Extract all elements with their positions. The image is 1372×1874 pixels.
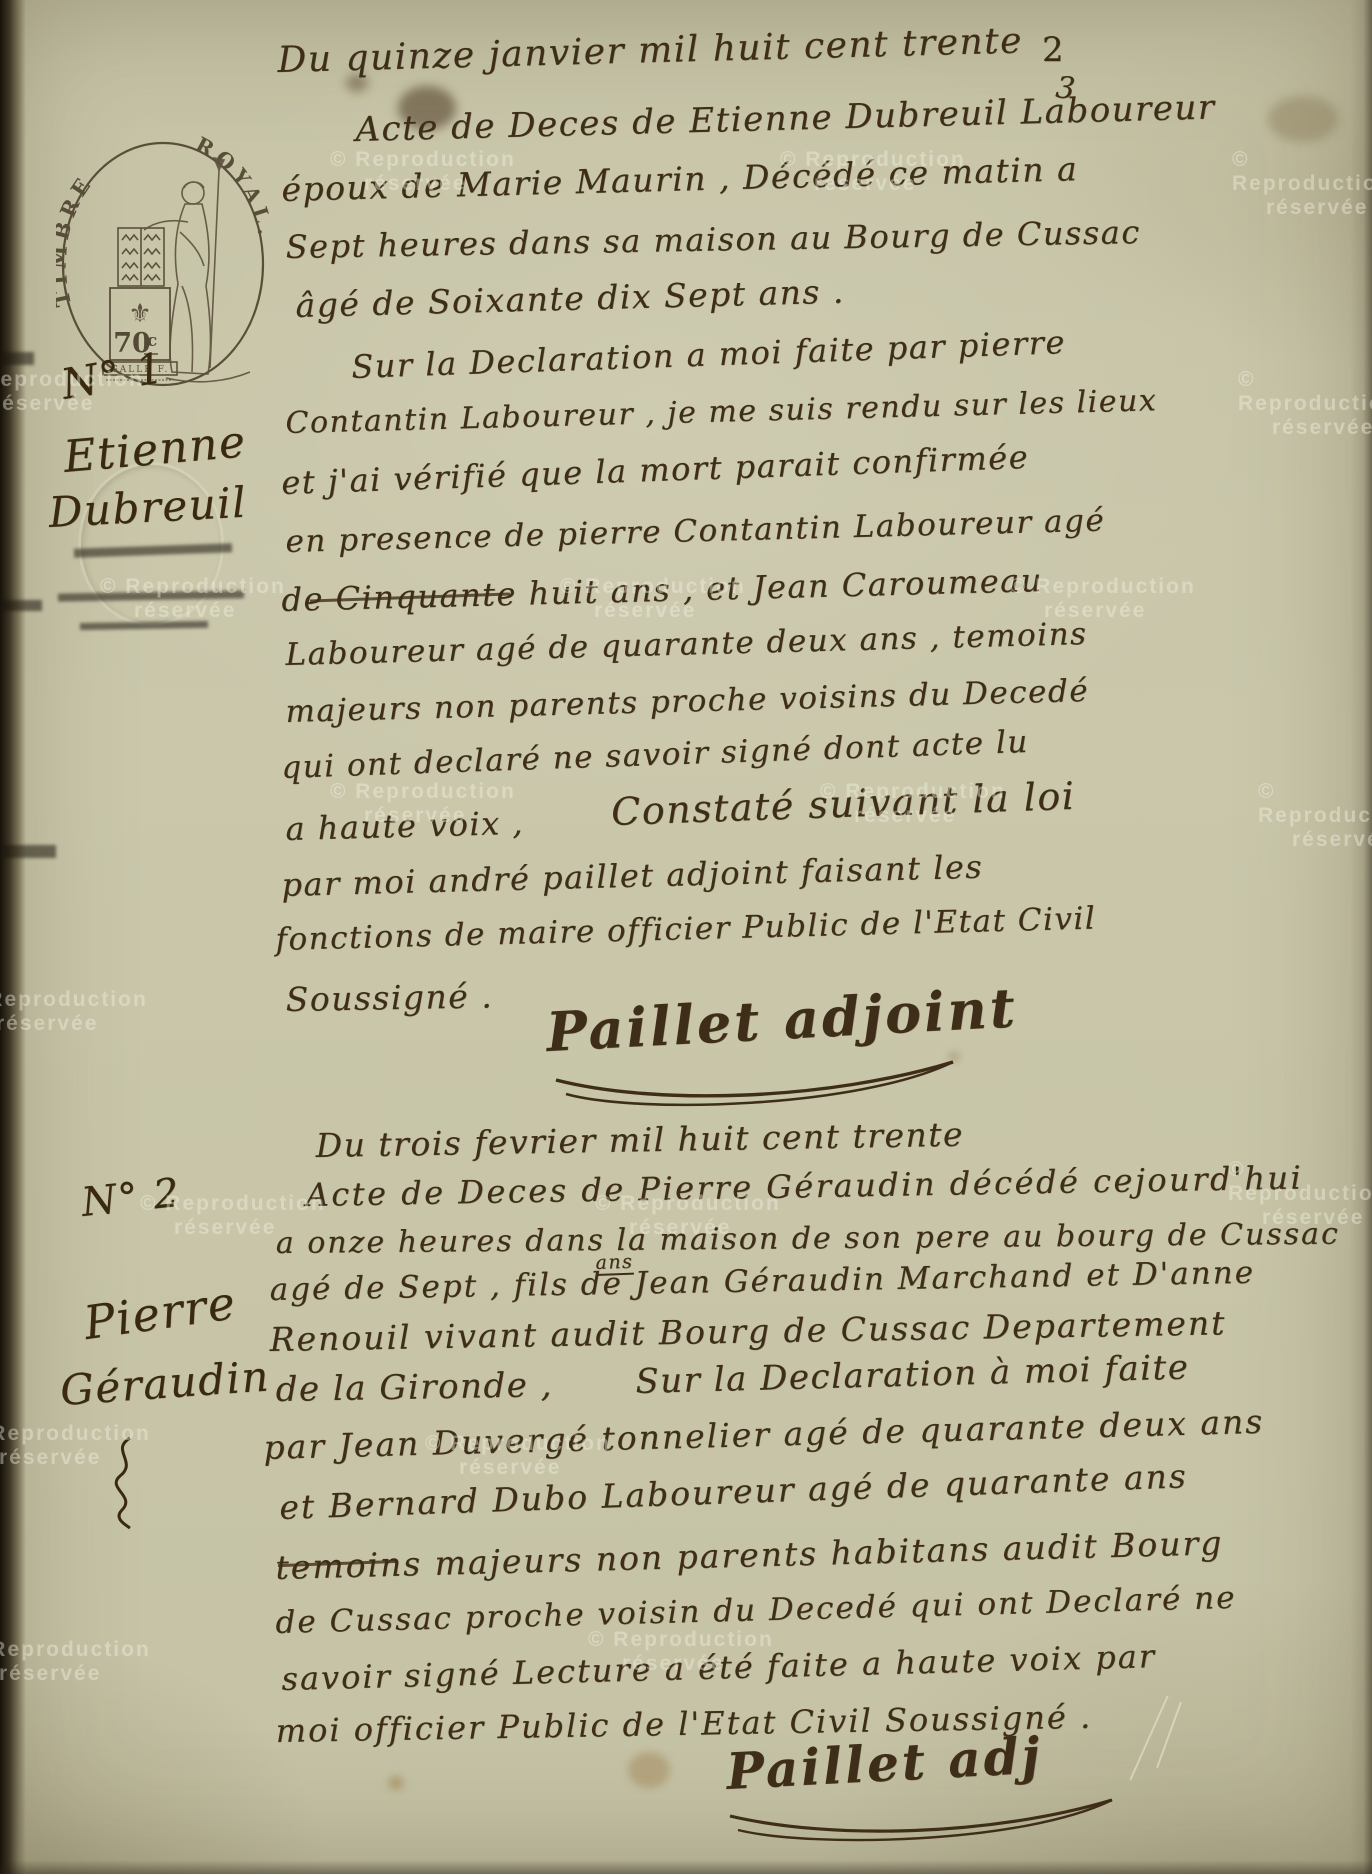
record1-line: Contantin Laboureur , je me suis rendu s…: [285, 383, 1158, 441]
page-number: 2: [1042, 30, 1065, 70]
stamp-left-label: TIMBRE: [56, 170, 98, 309]
record2-line: Du trois fevrier mil huit cent trente: [315, 1115, 964, 1165]
bleedthrough-streak: [58, 590, 244, 601]
signature-flourish: [548, 1056, 968, 1116]
record2-line: et Bernard Dubo Laboureur agé de quarant…: [279, 1456, 1189, 1527]
paper-stain: [388, 1776, 404, 1790]
page-edge-bottom: [0, 1860, 1372, 1874]
record1-line: majeurs non parents proche voisins du De…: [285, 673, 1089, 730]
record1-line: époux de Marie Maurin , Décédé ce matin …: [281, 149, 1079, 209]
page-edge-right: [1350, 0, 1372, 1874]
scanned-register-page: TIMBRE ROYAL.: [0, 0, 1372, 1874]
margin-flourish-mark: [100, 1432, 150, 1532]
record2-line: par Jean Duvergé tonnelier agé de quaran…: [263, 1402, 1265, 1467]
record1-line: Acte de Deces de Etienne Dubreuil Labour…: [355, 87, 1216, 150]
paper-stain: [628, 1752, 670, 1788]
ink-smudge: [1268, 96, 1338, 142]
record1-line: fonctions de maire officier Public de l'…: [275, 901, 1097, 958]
edge-ink-mark: [0, 352, 34, 365]
stamp-tablet: [118, 228, 164, 286]
record2-line: a onze heures dans la maison de son pere…: [276, 1217, 1340, 1261]
record1-line: de Cinquante huit ans , et Jean Caroumea…: [281, 561, 1043, 619]
record1-line: Constaté suivant la loi: [610, 774, 1076, 834]
record1-line: Sept heures dans sa maison au Bourg de C…: [285, 213, 1141, 266]
record1-line: et j'ai vérifié que la mort parait confi…: [281, 438, 1030, 502]
record1-line: en presence de pierre Contantin Laboureu…: [285, 503, 1106, 560]
edge-ink-mark: [0, 845, 56, 858]
record1-line: Laboureur agé de quarante deux ans , tem…: [285, 616, 1088, 673]
svg-text:TIMBRE: TIMBRE: [56, 170, 98, 309]
record2-line: de Cussac proche voisin du Decedé qui on…: [275, 1580, 1237, 1641]
record2-line: temoins majeurs non parents habitans aud…: [275, 1523, 1224, 1587]
fleur-de-lis-icon: ⚜: [128, 299, 151, 329]
signature-flourish: [722, 1794, 1122, 1854]
scratch-mark: [1129, 1696, 1168, 1781]
bleedthrough-streak: [80, 621, 208, 630]
record1-signature: Paillet adjoint: [545, 975, 1020, 1064]
record2-line: Acte de Deces de Pierre Géraudin décédé …: [305, 1159, 1303, 1214]
record2-line: de la Gironde ,: [275, 1365, 553, 1410]
record1-line: qui ont declaré ne savoir signé dont act…: [281, 724, 1030, 786]
record2-line: agé de Sept , fils de Jean Géraudin Marc…: [269, 1255, 1255, 1308]
record1-line: par moi andré paillet adjoint faisant le…: [281, 848, 984, 904]
margin-record2-name: Géraudin: [59, 1351, 272, 1415]
margin-record1-name: Etienne: [62, 416, 249, 483]
record1-line: Sur la Declaration a moi faite par pierr…: [351, 323, 1067, 386]
record1-line: Du quinze janvier mil huit cent trente: [277, 20, 1023, 81]
record1-line: Soussigné .: [285, 976, 493, 1019]
margin-record1-name: Dubreuil: [47, 478, 248, 537]
record2-line: savoir signé Lecture a été faite a haute…: [281, 1637, 1157, 1698]
record2-line: Sur la Declaration à moi faite: [635, 1348, 1190, 1402]
record2-insertion: ans: [595, 1251, 634, 1276]
record1-line: âgé de Soixante dix Sept ans .: [295, 272, 845, 325]
edge-ink-mark: [0, 600, 42, 611]
record1-line: a haute voix ,: [285, 804, 524, 848]
binding-edge: [0, 0, 26, 1874]
margin-record2-number: N° 2: [79, 1170, 182, 1226]
margin-record2-name: Pierre: [80, 1275, 239, 1350]
